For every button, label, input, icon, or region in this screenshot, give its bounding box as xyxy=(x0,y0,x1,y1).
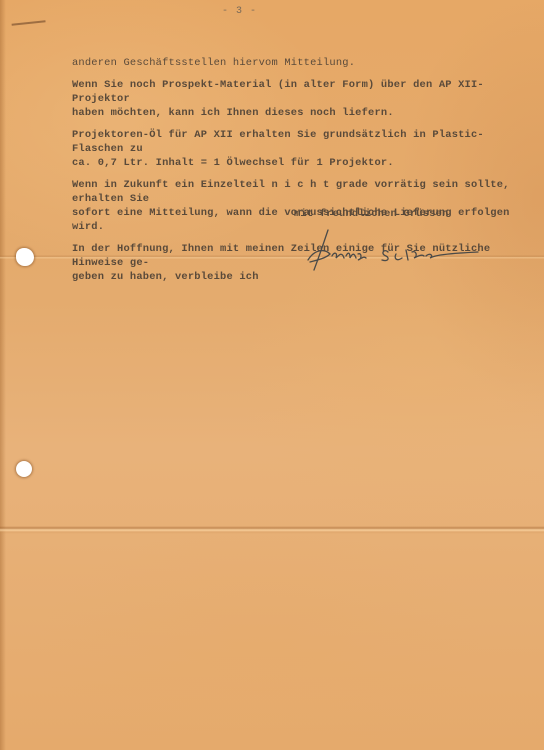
letter-page: - 3 - anderen Geschäftsstellen hiervom M… xyxy=(0,0,544,750)
signature-icon xyxy=(300,226,490,276)
closing-salutation: mit freundlichen Grüssen xyxy=(294,208,448,220)
left-edge-shadow xyxy=(0,0,6,750)
punch-hole-icon xyxy=(16,248,34,266)
paragraph-3: Projektoren-Öl für AP XII erhalten Sie g… xyxy=(72,128,512,170)
punch-hole-icon xyxy=(16,461,32,477)
page-number: - 3 - xyxy=(222,6,257,17)
paragraph-1: anderen Geschäftsstellen hiervom Mitteil… xyxy=(72,56,512,70)
paragraph-2: Wenn Sie noch Prospekt-Material (in alte… xyxy=(72,78,512,120)
fold-crease-middle xyxy=(0,526,544,534)
staple-mark-icon xyxy=(12,20,47,33)
